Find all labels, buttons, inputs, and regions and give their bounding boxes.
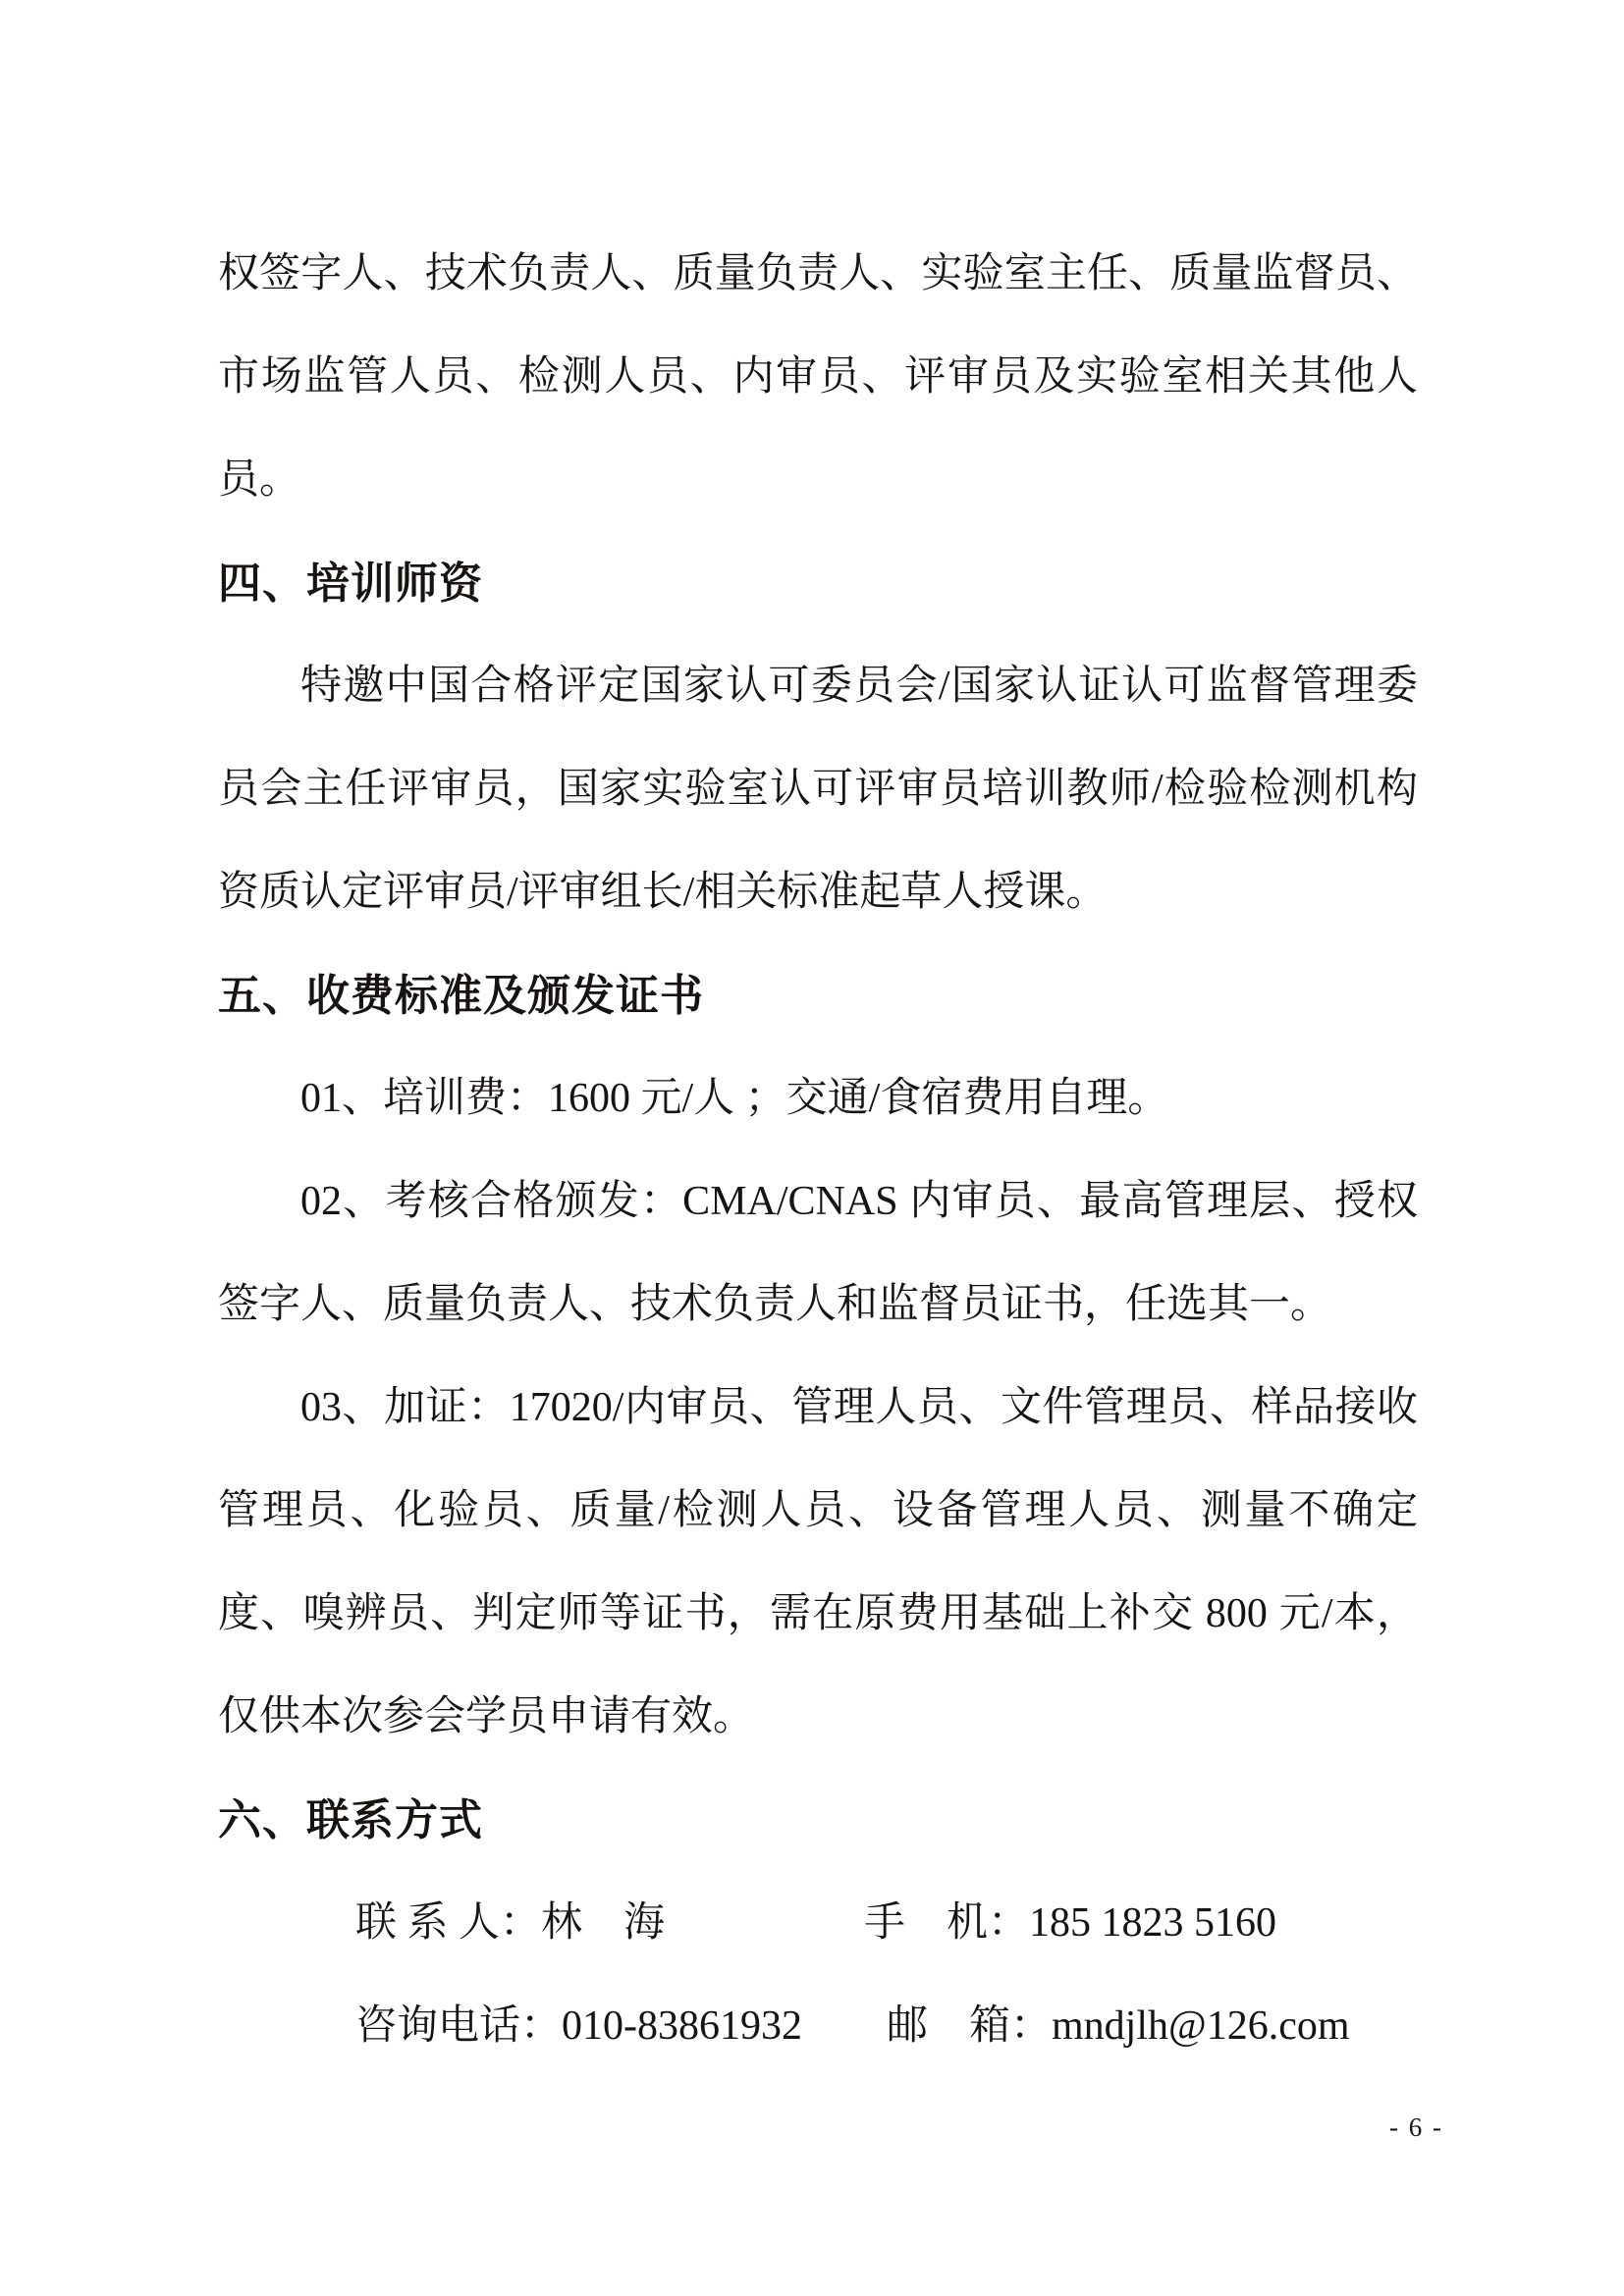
fee-item-3: 03、加证：17020/内审员、管理人员、文件管理员、样品接收管理员、化验员、质… [218, 1357, 1418, 1769]
contact-line-1: 联 系 人：林 海手 机：185 1823 5160 [218, 1872, 1418, 1975]
fee-item-2: 02、考核合格颁发：CMA/CNAS 内审员、最高管理层、授权签字人、质量负责人… [218, 1150, 1418, 1357]
section-heading-fees-certificates: 五、收费标准及颁发证书 [218, 944, 1418, 1047]
email-group: 邮 箱：mndjlh@126.com [887, 1975, 1350, 2078]
contact-person-value: 林 海 [541, 1900, 665, 1946]
mobile-group: 手 机：185 1823 5160 [864, 1872, 1276, 1975]
document-body: 权签字人、技术负责人、质量负责人、实验室主任、质量监督员、市场监管人员、检测人员… [218, 223, 1418, 2078]
phone-value: 010-83861932 [562, 2003, 802, 2049]
email-value: mndjlh@126.com [1052, 2003, 1350, 2049]
email-label: 邮 箱： [887, 2003, 1052, 2049]
contact-person-label: 联 系 人： [355, 1900, 541, 1946]
paragraph-training-faculty: 特邀中国合格评定国家认可委员会/国家认证认可监督管理委员会主任评审员，国家实验室… [218, 635, 1418, 944]
section-heading-training-faculty: 四、培训师资 [218, 532, 1418, 635]
mobile-label: 手 机： [864, 1900, 1029, 1946]
contact-person-group: 联 系 人：林 海 [355, 1872, 864, 1975]
paragraph-continuation: 权签字人、技术负责人、质量负责人、实验室主任、质量监督员、市场监管人员、检测人员… [218, 223, 1418, 532]
mobile-value: 185 1823 5160 [1029, 1900, 1276, 1946]
fee-item-1: 01、培训费：1600 元/人 ；交通/食宿费用自理。 [218, 1047, 1418, 1150]
section-heading-contact: 六、联系方式 [218, 1769, 1418, 1872]
contact-line-2: 咨询电话：010-83861932邮 箱：mndjlh@126.com [218, 1975, 1418, 2078]
phone-label: 咨询电话： [355, 2003, 562, 2049]
document-page: 权签字人、技术负责人、质量负责人、实验室主任、质量监督员、市场监管人员、检测人员… [0, 0, 1624, 2296]
page-number: - 6 - [1389, 2112, 1443, 2143]
phone-group: 咨询电话：010-83861932 [355, 1975, 887, 2078]
